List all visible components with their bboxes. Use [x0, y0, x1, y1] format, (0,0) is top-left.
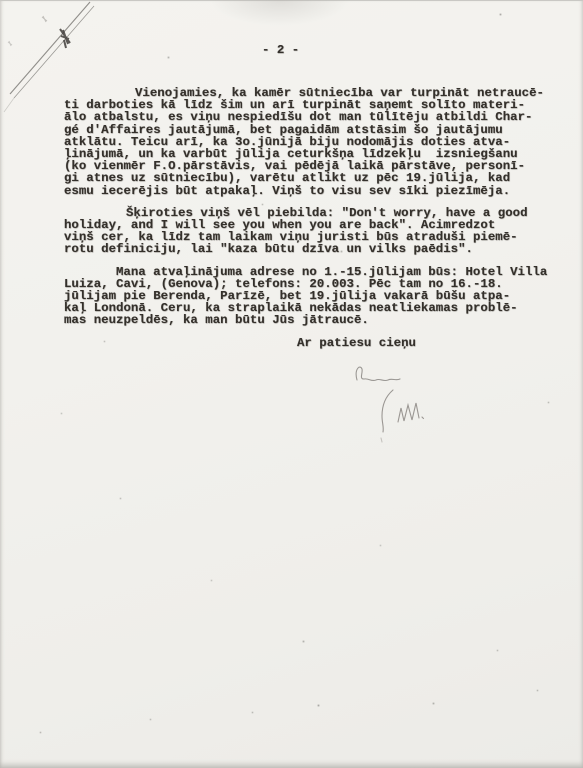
closing-salutation: Ar patiesu cieņu — [297, 337, 542, 349]
text-line: gé d'Affaires jautājumā, bet pagaidām at… — [64, 124, 542, 136]
text-line: Mana atvaļinājuma adrese no 1.-15.jūlija… — [64, 266, 542, 278]
page-number: - 2 - — [262, 44, 299, 56]
handwritten-signature — [318, 360, 453, 452]
paper-specks — [0, 0, 1, 1]
text-line: esmu iecerējis būt atpakaļ. Viņš to visu… — [64, 185, 542, 197]
text-line: mas neuzpeldēs, ka man būtu Jūs jātraucē… — [64, 314, 542, 326]
paragraph-1: Vienojamies, ka kamēr sūtniecība var tur… — [64, 87, 542, 197]
text-line: rotu definiciju, lai "kaza būtu dzīva un… — [64, 243, 542, 255]
paragraph-3: Mana atvaļinājuma adrese no 1.-15.jūlija… — [64, 266, 542, 327]
letter-body: Vienojamies, ka kamēr sūtniecība var tur… — [64, 87, 542, 349]
text-line: gi atnes uz sūtniecību), varētu atlikt u… — [64, 172, 542, 184]
paragraph-2: Šķiroties viņš vēl piebilda: "Don't worr… — [64, 207, 542, 256]
paper-fold-shadow — [210, 0, 350, 26]
text-line: ālo atbalstu, es viņu nespiedīšu dot man… — [64, 111, 542, 123]
scanned-letter-page: - 2 - Vienojamies, ka kamēr sūtniecība v… — [0, 0, 583, 768]
